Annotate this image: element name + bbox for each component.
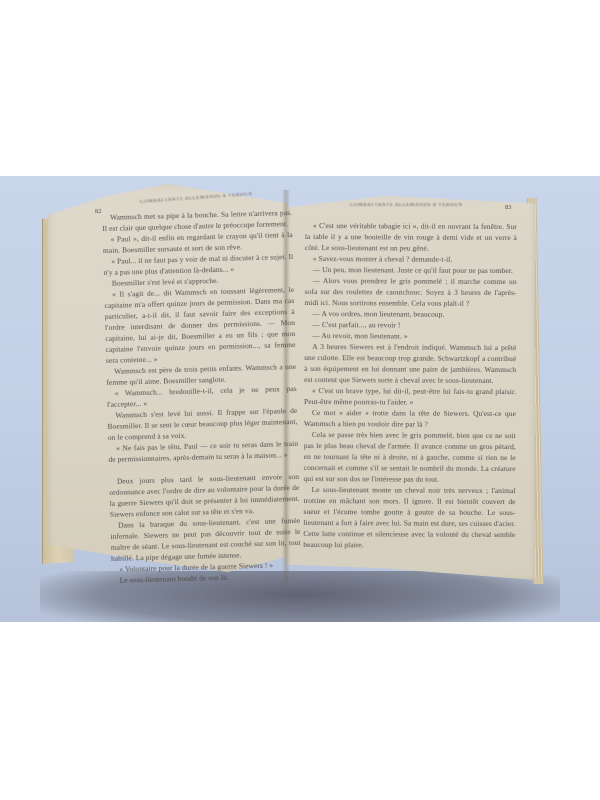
book-photograph: 82 COMBATTANTS ALLEMANDS A VERDUN COMBAT… bbox=[0, 176, 600, 622]
left-page-text: Wammsch met sa pipe à la bouche. Sa lett… bbox=[102, 207, 302, 586]
paragraph: A 3 heures Siewers est à l'endroit indiq… bbox=[304, 341, 516, 386]
paragraph: Wammsch s'est levé lui aussi. Il frappe … bbox=[107, 405, 298, 443]
paragraph: « Il s'agit de... dit Wammsch en toussan… bbox=[104, 284, 296, 366]
paragraph: — Alors vous prendrez le gris pommelé ; … bbox=[305, 275, 517, 309]
paragraph: « C'est une véritable tabagie ici », dit… bbox=[305, 220, 517, 254]
paragraph: « C'est un brave type, lui dit-il, peut-… bbox=[304, 385, 516, 408]
left-page-number: 82 bbox=[95, 208, 102, 215]
paragraph: Cela se passe très bien avec le gris pom… bbox=[304, 429, 516, 485]
right-page-number: 83 bbox=[505, 204, 512, 211]
paragraph: Dans la baraque du sous-lieutenant, c'es… bbox=[110, 515, 301, 564]
paragraph: Le sous-lieutenant monte un cheval noir … bbox=[303, 484, 515, 551]
right-running-head: COMBATTANTS ALLEMANDS A VERDUN bbox=[350, 203, 463, 208]
paragraph: Deux jours plus tard le sous-lieutenant … bbox=[109, 471, 300, 520]
paragraph: « Ne fais pas le têtu, Paul — ce soir tu… bbox=[108, 438, 299, 465]
right-page-text: « C'est une véritable tabagie ici », dit… bbox=[303, 220, 517, 551]
paragraph: Ce mot « aider » trotte dans la tête de … bbox=[304, 407, 516, 430]
